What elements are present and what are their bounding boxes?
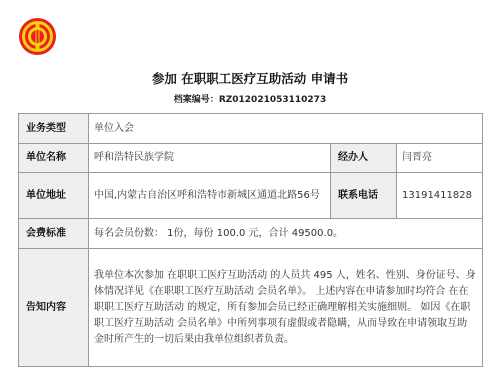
handler-label: 经办人 (331, 144, 397, 173)
unit-address-value: 中国,内蒙古自治区呼和浩特市新城区通道北路56号 (89, 173, 331, 219)
unit-name-value: 呼和浩特民族学院 (89, 144, 331, 173)
application-form-table: 业务类型 单位入会 单位名称 呼和浩特民族学院 经办人 闫晋亮 单位地址 中国,… (18, 113, 483, 367)
archive-value: RZ012021053110273 (219, 95, 326, 105)
row-fee-standard: 会费标准 每名会员份数： 1份，每份 100.0 元，合计 49500.0。 (19, 219, 483, 249)
business-type-label: 业务类型 (19, 114, 89, 144)
contact-phone-label: 联系电话 (331, 173, 397, 219)
handler-value: 闫晋亮 (397, 144, 483, 173)
page-title: 参加 在职职工医疗互助活动 申请书 (0, 69, 500, 87)
archive-number: 档案编号：RZ012021053110273 (0, 92, 500, 105)
row-unit-name: 单位名称 呼和浩特民族学院 经办人 闫晋亮 (19, 144, 483, 173)
unit-name-label: 单位名称 (19, 144, 89, 173)
fee-standard-label: 会费标准 (19, 219, 89, 249)
trade-union-emblem-icon (19, 18, 56, 55)
fee-standard-value: 每名会员份数： 1份，每份 100.0 元，合计 49500.0。 (89, 219, 483, 249)
row-unit-address: 单位地址 中国,内蒙古自治区呼和浩特市新城区通道北路56号 联系电话 13191… (19, 173, 483, 219)
notice-value: 我单位本次参加 在职职工医疗互助活动 的人员共 495 人，姓名、性别、身份证号… (89, 249, 483, 367)
business-type-value: 单位入会 (89, 114, 483, 144)
row-notice: 告知内容 我单位本次参加 在职职工医疗互助活动 的人员共 495 人，姓名、性别… (19, 249, 483, 367)
archive-label: 档案编号： (174, 95, 219, 105)
contact-phone-value: 13191411828 (397, 173, 483, 219)
unit-address-label: 单位地址 (19, 173, 89, 219)
notice-label: 告知内容 (19, 249, 89, 367)
row-business-type: 业务类型 单位入会 (19, 114, 483, 144)
